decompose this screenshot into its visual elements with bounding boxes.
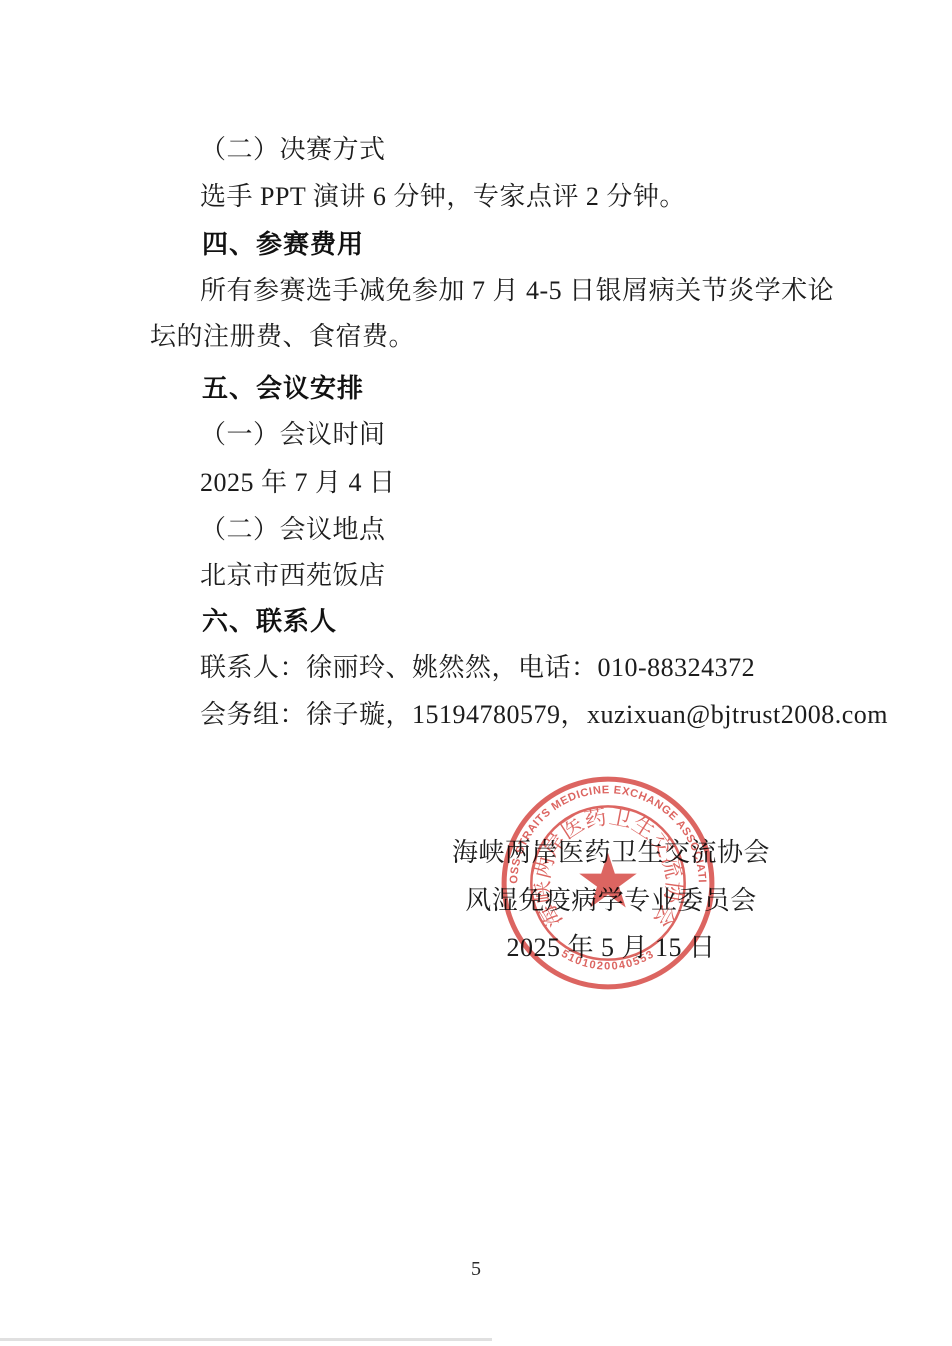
- paragraph-final-round-detail: 选手 PPT 演讲 6 分钟，专家点评 2 分钟。: [200, 180, 686, 214]
- official-seal-stamp: CROSS-STRAITS MEDICINE EXCHANGE ASSOCIAT…: [492, 768, 724, 1000]
- subheading-final-round-method: （二）决赛方式: [200, 133, 386, 167]
- paragraph-meeting-venue: 北京市西苑饭店: [200, 559, 386, 593]
- page-number: 5: [0, 1258, 952, 1281]
- subheading-meeting-time: （一）会议时间: [200, 418, 386, 452]
- document-page: （二）决赛方式 选手 PPT 演讲 6 分钟，专家点评 2 分钟。 四、参赛费用…: [0, 0, 952, 1346]
- paragraph-conference-group: 会务组：徐子璇，15194780579，xuzixuan@bjtrust2008…: [200, 698, 888, 732]
- section-heading-contacts: 六、联系人: [202, 604, 337, 638]
- paragraph-fees-line-1: 所有参赛选手减免参加 7 月 4-5 日银屑病关节炎学术论: [200, 274, 834, 308]
- paragraph-fees-line-2: 坛的注册费、食宿费。: [150, 320, 415, 354]
- paragraph-contact-persons: 联系人：徐丽玲、姚然然，电话：010-88324372: [200, 651, 755, 685]
- scanner-edge-artifact: [0, 1338, 492, 1341]
- seal-star-icon: [579, 853, 636, 908]
- section-heading-fees: 四、参赛费用: [202, 227, 364, 261]
- paragraph-meeting-date: 2025 年 7 月 4 日: [200, 466, 396, 500]
- subheading-meeting-place: （二）会议地点: [200, 513, 386, 547]
- section-heading-schedule: 五、会议安排: [202, 371, 364, 405]
